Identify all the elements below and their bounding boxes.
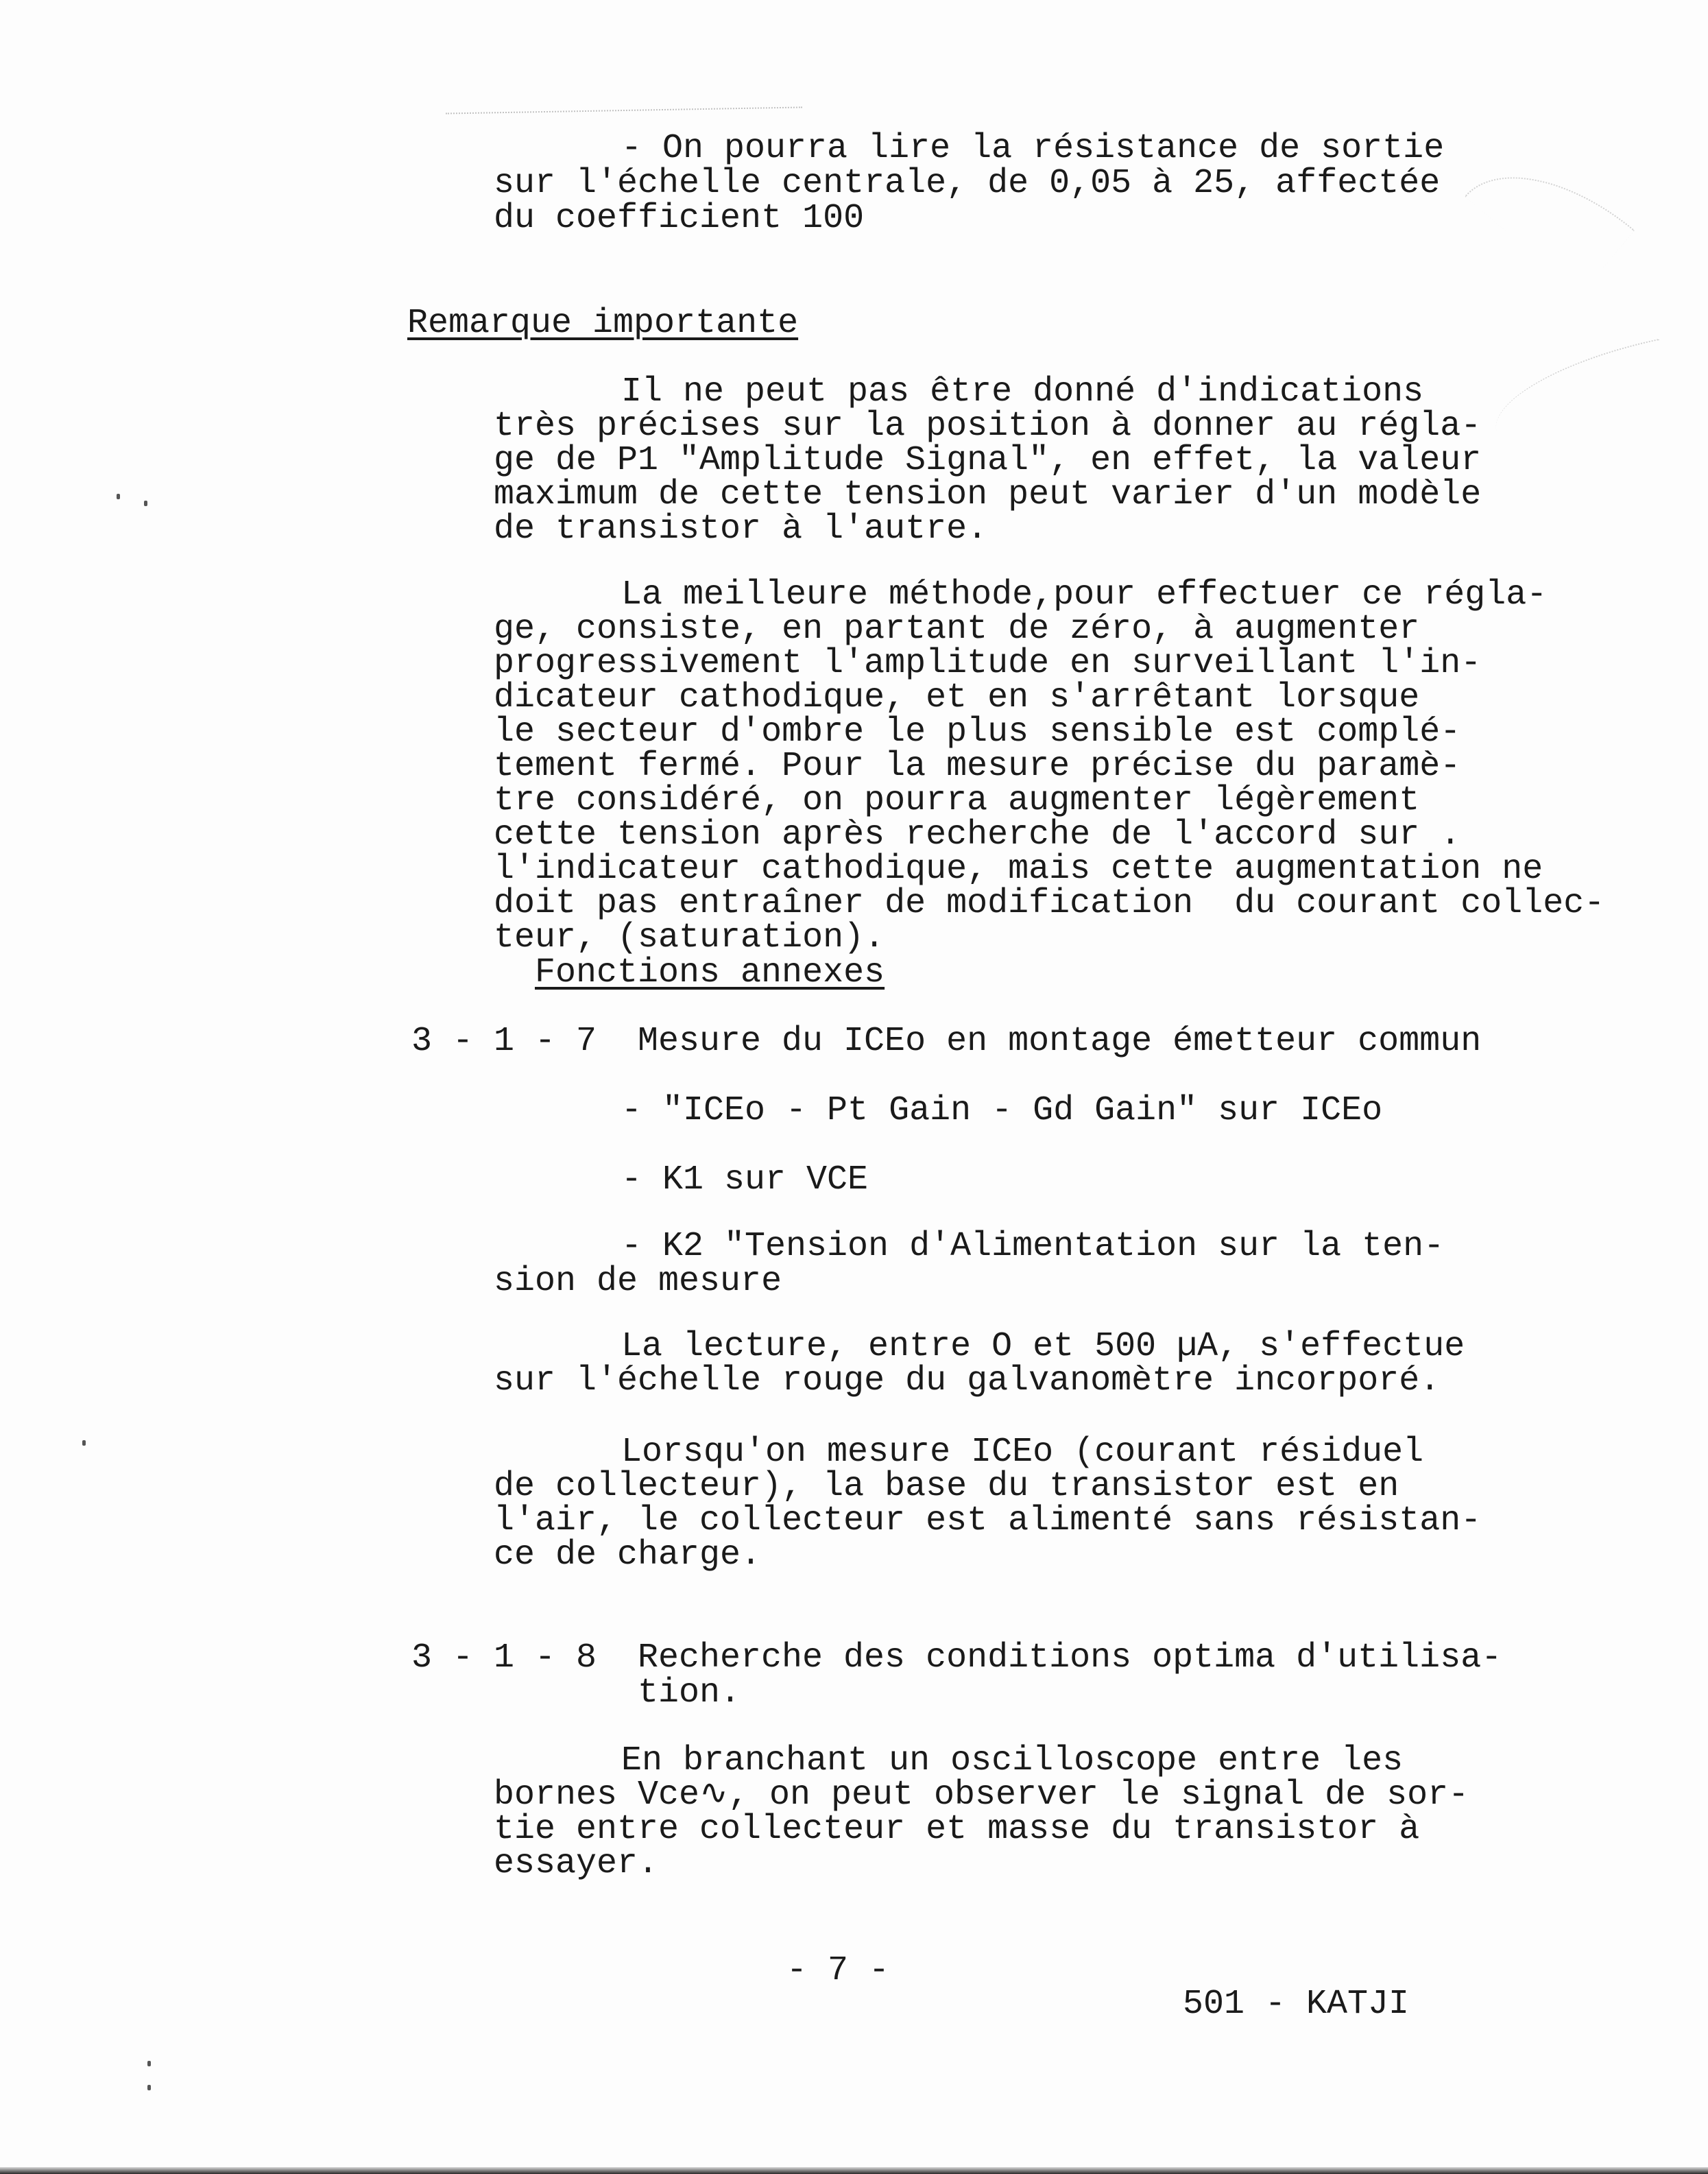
- section-heading: Fonctions annexes: [535, 956, 885, 990]
- section-title: Recherche des conditions optima d'utilis…: [638, 1641, 1502, 1675]
- text-line: sion de mesure: [494, 1265, 782, 1299]
- text-line: de transistor à l'autre.: [494, 512, 987, 547]
- text-line: dicateur cathodique, et en s'arrêtant lo…: [494, 681, 1419, 715]
- text-line: l'indicateur cathodique, mais cette augm…: [494, 852, 1543, 887]
- scan-artifact-dots: [446, 106, 802, 116]
- section-title: tion.: [638, 1676, 741, 1710]
- section-heading: Remarque importante: [407, 307, 798, 341]
- list-item: - K2 "Tension d'Alimentation sur la ten-: [621, 1230, 1444, 1264]
- text-line: tement fermé. Pour la mesure précise du …: [494, 750, 1460, 784]
- text-line: ge, consiste, en partant de zéro, à augm…: [494, 612, 1419, 647]
- list-item: - K1 sur VCE: [621, 1163, 868, 1197]
- text-line: La meilleure méthode,pour effectuer ce r…: [621, 578, 1547, 612]
- scanned-page: - On pourra lire la résistance de sortie…: [0, 0, 1708, 2174]
- section-number: 3 - 1 - 8: [411, 1641, 597, 1675]
- section-number: 3 - 1 - 7: [411, 1025, 597, 1059]
- list-item: - "ICEo - Pt Gain - Gd Gain" sur ICEo: [621, 1094, 1382, 1128]
- text-line: tie entre collecteur et masse du transis…: [494, 1813, 1419, 1847]
- text-line: le secteur d'ombre le plus sensible est …: [494, 715, 1460, 750]
- scan-speck: [147, 2061, 151, 2066]
- text-line: En branchant un oscilloscope entre les: [621, 1744, 1403, 1778]
- text-line: sur l'échelle rouge du galvanomètre inco…: [494, 1364, 1440, 1398]
- text-line: ce de charge.: [494, 1538, 761, 1573]
- text-line: Lorsqu'on mesure ICEo (courant résiduel: [621, 1435, 1423, 1470]
- scan-speck: [82, 1440, 86, 1446]
- text-line: teur, (saturation).: [494, 921, 885, 955]
- text-line: doit pas entraîner de modification du co…: [494, 887, 1604, 921]
- text-line: l'air, le collecteur est alimenté sans r…: [494, 1504, 1481, 1538]
- text-line: La lecture, entre O et 500 µA, s'effectu…: [621, 1330, 1465, 1364]
- scan-edge: [0, 2167, 1708, 2174]
- scan-speck: [117, 494, 120, 499]
- text-line: bornes Vce∿, on peut observer le signal …: [494, 1778, 1469, 1813]
- page-number: - 7 -: [786, 1954, 889, 1988]
- text-line: sur l'échelle centrale, de 0,05 à 25, af…: [494, 167, 1440, 201]
- text-line: - On pourra lire la résistance de sortie: [621, 132, 1444, 166]
- scan-artifact-curve: [1465, 132, 1635, 294]
- scan-speck: [144, 501, 147, 506]
- text-line: de collecteur), la base du transistor es…: [494, 1470, 1399, 1504]
- text-line: progressivement l'amplitude en surveilla…: [494, 647, 1481, 681]
- text-line: très précises sur la position à donner a…: [494, 409, 1481, 444]
- text-line: du coefficient 100: [494, 202, 864, 236]
- scan-speck: [147, 2085, 151, 2090]
- scan-artifact-curve: [1484, 339, 1670, 431]
- text-line: essayer.: [494, 1847, 658, 1881]
- section-title: Mesure du ICEo en montage émetteur commu…: [638, 1025, 1481, 1059]
- text-line: Il ne peut pas être donné d'indications: [621, 375, 1423, 409]
- document-reference: 501 - KATJI: [1183, 1987, 1409, 2022]
- text-line: tre considéré, on pourra augmenter légèr…: [494, 784, 1419, 818]
- text-line: cette tension après recherche de l'accor…: [494, 818, 1460, 852]
- text-line: maximum de cette tension peut varier d'u…: [494, 478, 1481, 512]
- text-line: ge de P1 "Amplitude Signal", en effet, l…: [494, 444, 1481, 478]
